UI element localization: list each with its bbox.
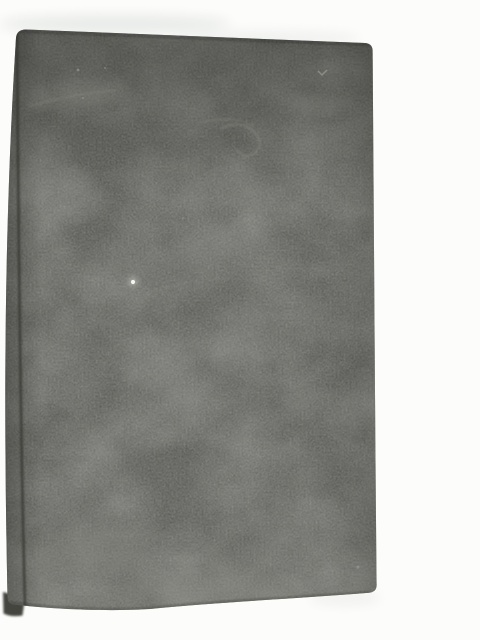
white-speck-core	[131, 280, 135, 284]
dust-fleck	[357, 566, 360, 569]
scuff-mark	[282, 393, 316, 415]
white-speck	[128, 277, 138, 287]
book-photo	[0, 0, 480, 640]
dust-fleck	[248, 218, 250, 220]
dust-fleck	[77, 69, 80, 72]
book-photo-stage	[0, 0, 480, 640]
dust-fleck	[182, 217, 184, 219]
dust-fleck	[104, 67, 106, 69]
scuff-mark	[299, 467, 325, 485]
backdrop-shadow-blob	[0, 16, 230, 32]
dust-fleck	[82, 97, 84, 99]
scuff-mark	[32, 526, 148, 574]
